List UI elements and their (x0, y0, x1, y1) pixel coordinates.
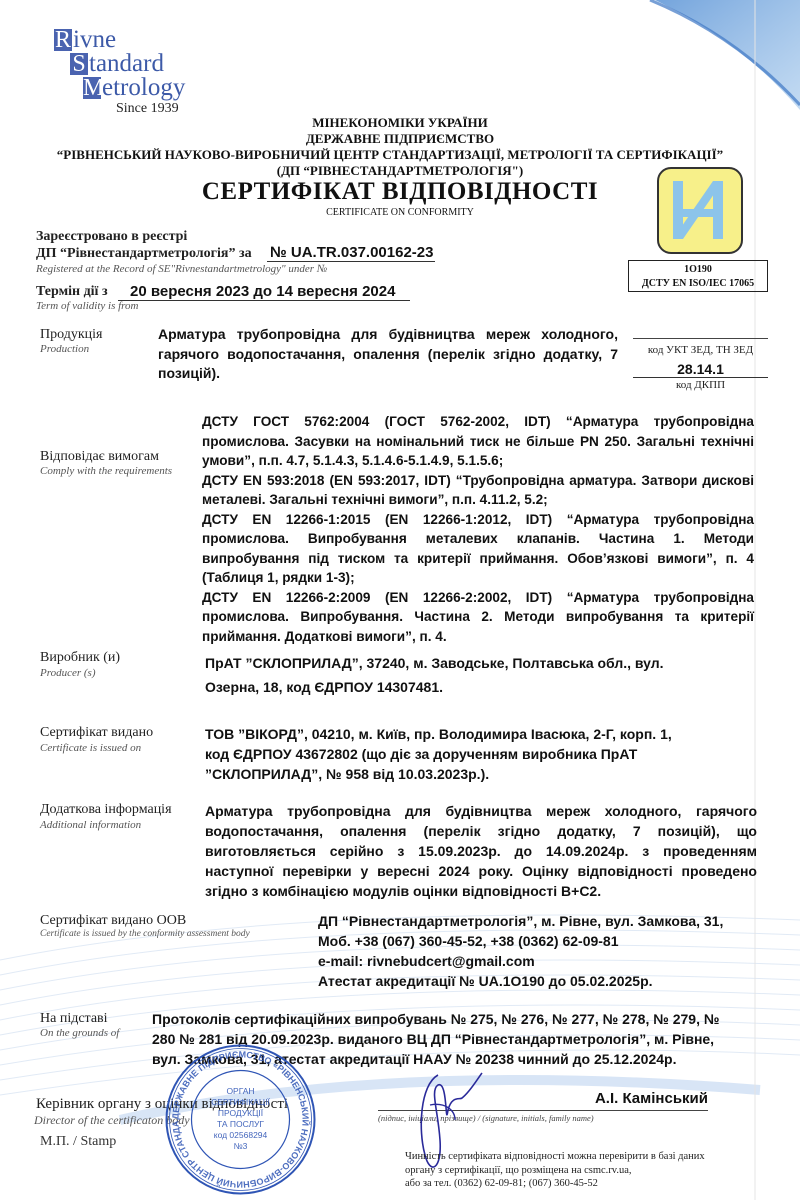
logo-line-metrology: Metrology (83, 76, 185, 100)
issued-to-label: Сертифікат видано (40, 725, 153, 741)
body-value: ДП “Рівнестандартметрологія”, м. Рівне, … (318, 911, 758, 991)
logo-text-metrology: etrology (102, 74, 185, 101)
grounds-label-en: On the grounds of (40, 1027, 119, 1039)
validity-label-en: Term of validity is from (36, 300, 138, 312)
certificate-page: Rivne Standard Metrology Since 1939 МІНЕ… (0, 0, 800, 1200)
codes-divider-top (633, 338, 768, 339)
body-accreditation: Атестат акредитації № UA.1O190 до 05.02.… (318, 971, 758, 991)
registration-label-line1: Зареєстровано в реєстрі (36, 229, 187, 245)
producer-label-en: Producer (s) (40, 667, 96, 679)
grounds-label: На підставі (40, 1011, 108, 1027)
stamp-line: №3 (234, 1141, 248, 1151)
producer-label: Виробник (и) (40, 650, 120, 666)
official-stamp: ДЕРЖАВНЕ ПІДПРИЄМСТВО «РІВНЕНСЬКИЙ НАУКО… (163, 1042, 318, 1197)
logo-text-rivne: ivne (73, 26, 116, 53)
additional-value: Арматура трубопровідна для будівництва м… (205, 801, 757, 901)
producer-value: ПрАТ ”СКЛОПРИЛАД”, 37240, м. Заводське, … (205, 651, 665, 699)
production-value: Арматура трубопровідна для будівництва м… (158, 325, 618, 384)
accreditation-code: 1O190 (629, 263, 767, 277)
logo-cap-r: R (54, 29, 72, 51)
requirement-item: ДСТУ ГОСТ 5762:2004 (ГОСТ 5762-2002, IDT… (202, 412, 754, 471)
verification-note-line: або за тел. (0362) 62-09-81; (067) 360-4… (405, 1177, 705, 1191)
stamp-line: СЕРТИФІКАЦІЇ (211, 1097, 270, 1107)
requirement-item: ДСТУ EN 12266-1:2015 (EN 12266-1:2012, I… (202, 510, 754, 588)
stamp-line: ПРОДУКЦІЇ (218, 1108, 264, 1118)
registration-label-en: Registered at the Record of SE"Rivnestan… (36, 263, 327, 275)
requirement-item: ДСТУ EN 12266-2:2009 (EN 12266-2:2002, I… (202, 588, 754, 647)
production-label-en: Production (40, 343, 89, 355)
logo-line-rivne: Rivne (54, 28, 116, 52)
additional-label: Додаткова інформація (40, 802, 172, 818)
header-enterprise: ДЕРЖАВНЕ ПІДПРИЄМСТВО (0, 131, 800, 147)
additional-label-en: Additional information (40, 819, 141, 831)
accreditation-mark (657, 167, 743, 254)
verification-note-line: Чинність сертифіката відповідності можна… (405, 1150, 705, 1164)
body-email[interactable]: e-mail: rivnebudcert@gmail.com (318, 951, 758, 971)
body-label-en: Certificate is issued by the conformity … (40, 929, 250, 939)
header-ministry: МІНЕКОНОМІКИ УКРАЇНИ (0, 115, 800, 131)
verification-note: Чинність сертифіката відповідності можна… (405, 1150, 705, 1191)
body-label: Сертифікат видано ООВ (40, 913, 186, 929)
body-address: ДП “Рівнестандартметрологія”, м. Рівне, … (318, 911, 758, 931)
issued-to-value: ТОВ ”ВІКОРД”, 04210, м. Київ, пр. Володи… (205, 724, 695, 784)
logo-cap-m: M (83, 77, 101, 99)
verification-note-line: органу з сертифікації, що розміщена на c… (405, 1164, 705, 1178)
stamp-line: ТА ПОСЛУГ (217, 1119, 264, 1129)
ha-logo-icon (659, 169, 741, 252)
accreditation-standard: ДСТУ EN ISO/IEC 17065 (629, 277, 767, 291)
logo-line-standard: Standard (70, 52, 164, 76)
stamp-line: ОРГАН (226, 1086, 254, 1096)
dkpp-label: код ДКПП (633, 379, 768, 391)
production-label: Продукція (40, 327, 102, 343)
requirements-label-en: Comply with the requirements (40, 465, 172, 477)
header-center: “РІВНЕНСЬКИЙ НАУКОВО-ВИРОБНИЧИЙ ЦЕНТР СТ… (0, 147, 790, 163)
accreditation-box: 1O190 ДСТУ EN ISO/IEC 17065 (628, 260, 768, 292)
requirements-list: ДСТУ ГОСТ 5762:2004 (ГОСТ 5762-2002, IDT… (202, 412, 754, 646)
registration-number: № UA.TR.037.00162-23 (267, 244, 435, 262)
stamp-line: код 02568294 (214, 1130, 268, 1140)
stamp-label: М.П. / Stamp (40, 1134, 116, 1150)
registration-label-line2: ДП “Рівнестандартметрологія” за (36, 246, 252, 262)
requirement-item: ДСТУ EN 593:2018 (EN 593:2017, IDT) “Тру… (202, 471, 754, 510)
logo-cap-s: S (70, 53, 88, 75)
issued-to-label-en: Certificate is issued on (40, 742, 141, 754)
logo-text-standard: tandard (89, 50, 164, 77)
ukt-zed-label: код УКТ ЗЕД, ТН ЗЕД (633, 344, 768, 356)
requirements-label: Відповідає вимогам (40, 449, 159, 465)
validity-label: Термін дії з (36, 284, 108, 300)
body-phones: Моб. +38 (067) 360-45-52, +38 (0362) 62-… (318, 931, 758, 951)
dkpp-value: 28.14.1 (633, 361, 768, 378)
director-name: А.І. Камінський (560, 1090, 708, 1107)
validity-value: 20 вересня 2023 до 14 вересня 2024 (118, 283, 410, 301)
